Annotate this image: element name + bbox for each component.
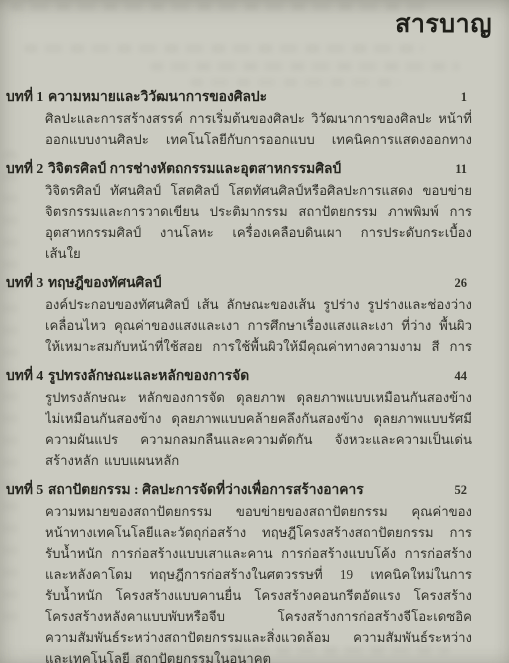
- description-line: ศิลปะและการสร้างสรรค์ การเริ่มต้นของศิลป…: [45, 108, 472, 129]
- description-line: สร้างหลัก แบบแผนหลัก: [45, 450, 472, 471]
- chapter-description: รูปทรงลักษณะ หลักของการจัด ดุลยภาพ ดุลยภ…: [45, 387, 472, 471]
- chapter-page-number: 26: [439, 273, 467, 294]
- chapter-number: บทที่ 5: [6, 479, 48, 500]
- description-line: อุตสาหกรรมศิลป์ งานโลหะ เครื่องเคลือบดิน…: [45, 222, 472, 243]
- chapter-heading: บทที่ 4 รูปทรงลักษณะและหลักของการจัด 44: [6, 365, 472, 387]
- description-line: จิตรกรรมและการวาดเขียน ประติมากรรม สถาปั…: [45, 201, 472, 222]
- toc-chapter-4: บทที่ 4 รูปทรงลักษณะและหลักของการจัด 44 …: [6, 365, 472, 471]
- page-title: สารบาญ: [395, 8, 492, 42]
- chapter-number: บทที่ 1: [6, 86, 48, 107]
- chapter-title: ทฤษฎีของทัศนศิลป์: [48, 272, 439, 293]
- toc-chapter-2: บทที่ 2 วิจิตรศิลป์ การช่างหัตถกรรมและอุ…: [6, 158, 472, 264]
- chapter-page-number: 11: [439, 159, 467, 180]
- description-line: ความหมายของสถาปัตยกรรม ขอบข่ายของสถาปัตย…: [45, 501, 472, 522]
- bleed-through-artifact: [24, 44, 424, 53]
- chapter-title: รูปทรงลักษณะและหลักของการจัด: [48, 365, 439, 386]
- description-line: รับน้ำหนัก โครงสร้างแบบคานยื่น โครงสร้าง…: [45, 585, 472, 606]
- bleed-through-artifact: [10, 2, 430, 11]
- description-line: เส้นใย: [45, 243, 472, 264]
- toc-chapter-3: บทที่ 3 ทฤษฎีของทัศนศิลป์ 26 องค์ประกอบข…: [6, 272, 472, 357]
- chapter-heading: บทที่ 3 ทฤษฎีของทัศนศิลป์ 26: [6, 272, 472, 294]
- description-line: โครงสร้างหลังคาแบบพับหรือจีบ โครงสร้างกา…: [45, 606, 472, 627]
- chapter-page-number: 1: [439, 87, 467, 108]
- description-line: ไม่เหมือนกันสองข้าง ดุลยภาพแบบคล้ายคลึงก…: [45, 408, 472, 429]
- description-line: รูปทรงลักษณะ หลักของการจัด ดุลยภาพ ดุลยภ…: [45, 387, 472, 408]
- scanned-toc-page: สารบาญ บทที่ 1 ความหมายและวิวัฒนาการของศ…: [0, 0, 509, 663]
- chapter-description: ความหมายของสถาปัตยกรรม ขอบข่ายของสถาปัตย…: [45, 501, 472, 663]
- description-line: และเทคโนโลยี สถาปัตยกรรมในอนาคต: [45, 648, 472, 663]
- chapter-number: บทที่ 4: [6, 365, 48, 386]
- bleed-through-artifact: [150, 62, 460, 71]
- description-line: รับน้ำหนัก การก่อสร้างแบบเสาและคาน การก่…: [45, 543, 472, 564]
- description-line: ความผันแปร ความกลมกลืนและความตัดกัน จังห…: [45, 429, 472, 450]
- chapter-title: สถาปัตยกรรม : ศิลปะการจัดที่ว่างเพื่อการ…: [48, 479, 439, 500]
- chapter-heading: บทที่ 1 ความหมายและวิวัฒนาการของศิลปะ 1: [6, 86, 472, 108]
- chapter-page-number: 44: [439, 366, 467, 387]
- chapter-heading: บทที่ 2 วิจิตรศิลป์ การช่างหัตถกรรมและอุ…: [6, 158, 472, 180]
- chapter-title: ความหมายและวิวัฒนาการของศิลปะ: [48, 86, 439, 107]
- description-line: ความสัมพันธ์ระหว่างสถาปัตยกรรมและสิ่งแวด…: [45, 627, 472, 648]
- description-line: เคลื่อนไหว คุณค่าของแสงและเงา การศึกษาเร…: [45, 315, 472, 336]
- chapter-number: บทที่ 2: [6, 158, 48, 179]
- chapter-description: องค์ประกอบของทัศนศิลป์ เส้น ลักษณะของเส้…: [45, 294, 472, 357]
- toc-chapter-5: บทที่ 5 สถาปัตยกรรม : ศิลปะการจัดที่ว่าง…: [6, 479, 472, 663]
- chapter-heading: บทที่ 5 สถาปัตยกรรม : ศิลปะการจัดที่ว่าง…: [6, 479, 472, 501]
- description-line: หน้าทางเทคโนโลยีและวัตถุก่อสร้าง ทฤษฎีโค…: [45, 522, 472, 543]
- chapter-description: วิจิตรศิลป์ ทัศนศิลป์ โสตศิลป์ โสตทัศนศิ…: [45, 180, 472, 264]
- chapter-description: ศิลปะและการสร้างสรรค์ การเริ่มต้นของศิลป…: [45, 108, 472, 150]
- description-line: วิจิตรศิลป์ ทัศนศิลป์ โสตศิลป์ โสตทัศนศิ…: [45, 180, 472, 201]
- toc-content: บทที่ 1 ความหมายและวิวัฒนาการของศิลปะ 1 …: [6, 86, 472, 663]
- description-line: ออกแบบงานศิลปะ เทคโนโลยีกับการออกแบบ เทค…: [45, 129, 472, 150]
- description-line: และหลังคาโดม ทฤษฎีการก่อสร้างในศตวรรษที่…: [45, 564, 472, 585]
- description-line: องค์ประกอบของทัศนศิลป์ เส้น ลักษณะของเส้…: [45, 294, 472, 315]
- description-line: ให้เหมาะสมกับหน้าที่ใช้สอย การใช้พื้นผิว…: [45, 336, 472, 357]
- chapter-title: วิจิตรศิลป์ การช่างหัตถกรรมและอุตสาหกรรม…: [48, 158, 439, 179]
- chapter-page-number: 52: [439, 480, 467, 501]
- toc-chapter-1: บทที่ 1 ความหมายและวิวัฒนาการของศิลปะ 1 …: [6, 86, 472, 150]
- chapter-number: บทที่ 3: [6, 272, 48, 293]
